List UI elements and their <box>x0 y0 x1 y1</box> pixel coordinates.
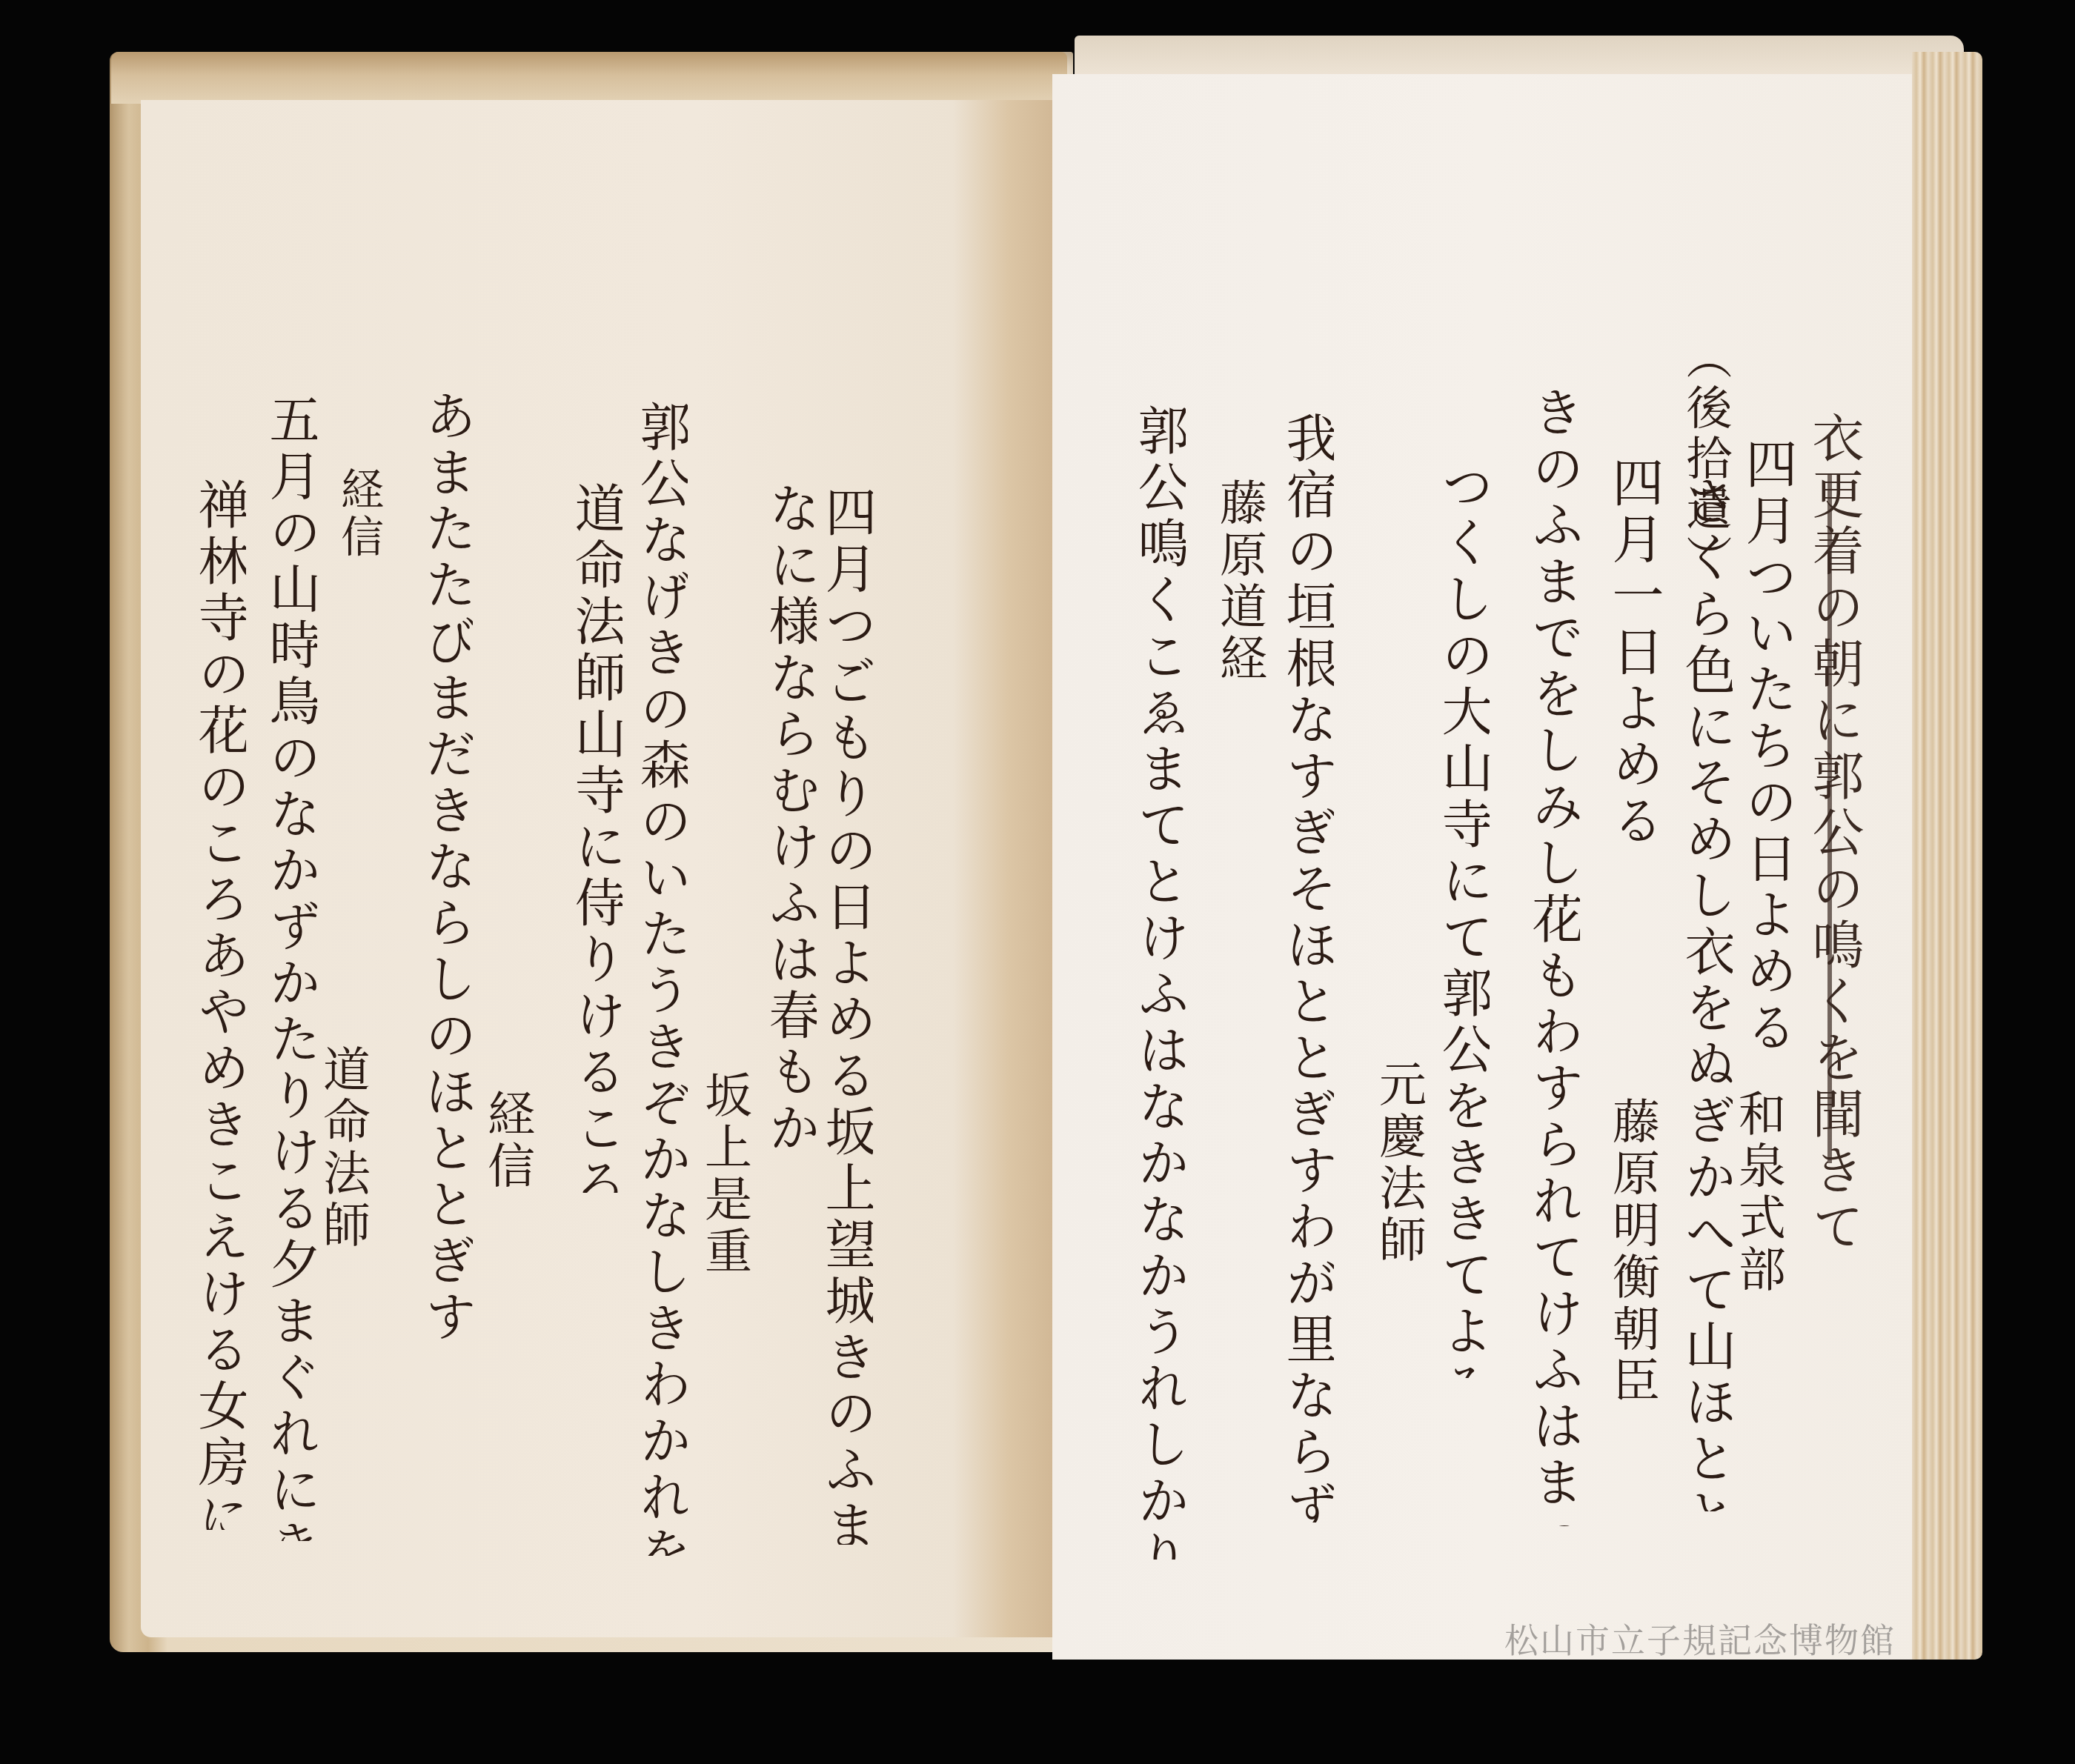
author-line: 藤原明衡朝臣 <box>1608 1096 1656 1408</box>
author-line: 和泉式部 <box>1734 1089 1782 1297</box>
author-line: 道命法師 <box>319 1045 366 1252</box>
manuscript-column: 禅林寺の花のころあやめきこえける女房に侍り <box>194 478 246 1530</box>
left-page-top-edge <box>111 52 1067 104</box>
right-page-top-edge <box>1075 36 1964 79</box>
manuscript-column: きのふまでをしみし花もわすられてけふはまつべきほととぎすかな <box>1528 385 1580 1526</box>
manuscript-column: あまたたびまだきならしのほととぎす <box>421 389 473 1426</box>
manuscript-column: 四月一日よめる <box>1608 456 1660 850</box>
manuscript-column: さくら色にそめし衣をぬぎかへて山ほととぎすけふよりぞまつ <box>1681 474 1733 1511</box>
manuscript-column: 我宿の垣根なすぎそほととぎすわが里ならずはなくてかへらじ <box>1282 411 1334 1522</box>
right-page-stack <box>1912 52 1982 1660</box>
author-line: 元慶法師 <box>1375 1059 1422 1267</box>
manuscript-column: つくしの大山寺にて郭公をききてよみ侍りける <box>1438 459 1490 1378</box>
manuscript-column: なに様ならむけふは春もかぎりにはなりにけれ <box>765 482 817 1148</box>
manuscript-column: 五月の山時鳥のなかずかたりける夕まぐれにきこえぬ <box>265 393 317 1541</box>
open-manuscript-book: 衣更着の朝に郭公の鳴くを聞きて （後拾遺） 四月ついたちの日よめる 和泉式部 さ… <box>0 0 2075 1764</box>
abbreviation-mark: 経信 <box>337 467 380 562</box>
author-line: 坂上是重 <box>700 1071 748 1278</box>
manuscript-column: 郭公鳴くこゑまてとけふはなかなかうれしかりけれ <box>1134 404 1186 1560</box>
manuscript-column: 四月ついたちの日よめる <box>1742 437 1793 1056</box>
author-line: 経信 <box>483 1089 531 1193</box>
manuscript-column: 四月つごもりの日よめる坂上望城きのふまで花をしみしを <box>821 485 873 1545</box>
manuscript-column: 道命法師山寺に侍りけるころ <box>571 482 622 1193</box>
manuscript-column: 郭公なげきの森のいたうきぞかなしきわかれをいふ山ほととぎす <box>636 400 688 1556</box>
struck-heading: 衣更着の朝に郭公の鳴くを聞きて <box>1808 411 1860 1189</box>
author-line: 藤原道経 <box>1215 478 1263 685</box>
museum-watermark: 松山市立子規記念博物館 <box>1504 1614 1896 1663</box>
strike-through-line <box>1827 474 1832 1163</box>
